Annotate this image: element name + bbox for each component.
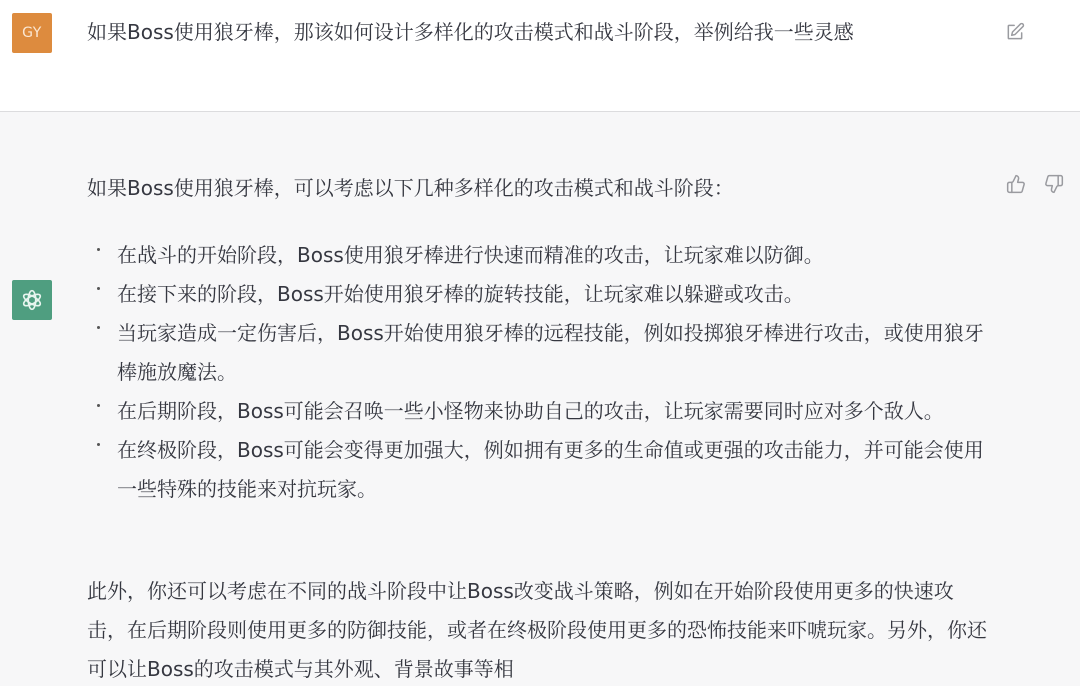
assistant-bullet-list: 在战斗的开始阶段，Boss使用狼牙棒进行快速而精准的攻击，让玩家难以防御。 在接… bbox=[87, 236, 987, 509]
user-avatar-initials: GY bbox=[22, 25, 42, 41]
assistant-avatar bbox=[12, 280, 52, 320]
user-avatar: GY bbox=[12, 13, 52, 53]
thumbs-up-icon bbox=[1006, 174, 1026, 194]
list-item: 在战斗的开始阶段，Boss使用狼牙棒进行快速而精准的攻击，让玩家难以防御。 bbox=[87, 236, 987, 275]
thumbs-up-button[interactable] bbox=[1004, 172, 1028, 196]
thumbs-down-button[interactable] bbox=[1042, 172, 1066, 196]
user-message-text: 如果Boss使用狼牙棒，那该如何设计多样化的攻击模式和战斗阶段，举例给我一些灵感 bbox=[87, 13, 854, 52]
list-item: 在终极阶段，Boss可能会变得更加强大，例如拥有更多的生命值或更强的攻击能力，并… bbox=[87, 431, 987, 509]
assistant-paragraph: 此外，你还可以考虑在不同的战斗阶段中让Boss改变战斗策略，例如在开始阶段使用更… bbox=[87, 572, 987, 686]
assistant-intro: 如果Boss使用狼牙棒，可以考虑以下几种多样化的攻击模式和战斗阶段： bbox=[87, 169, 734, 208]
edit-icon bbox=[1005, 22, 1025, 42]
list-item: 在接下来的阶段，Boss开始使用狼牙棒的旋转技能，让玩家难以躲避或攻击。 bbox=[87, 275, 987, 314]
list-item: 在后期阶段，Boss可能会召唤一些小怪物来协助自己的攻击，让玩家需要同时应对多个… bbox=[87, 392, 987, 431]
assistant-message: 如果Boss使用狼牙棒，可以考虑以下几种多样化的攻击模式和战斗阶段： 在战斗的开… bbox=[0, 112, 1080, 686]
thumbs-down-icon bbox=[1044, 174, 1064, 194]
edit-message-button[interactable] bbox=[1003, 20, 1027, 44]
openai-logo-icon bbox=[18, 286, 46, 314]
user-message: GY 如果Boss使用狼牙棒，那该如何设计多样化的攻击模式和战斗阶段，举例给我一… bbox=[0, 0, 1080, 112]
list-item: 当玩家造成一定伤害后，Boss开始使用狼牙棒的远程技能，例如投掷狼牙棒进行攻击，… bbox=[87, 314, 987, 392]
